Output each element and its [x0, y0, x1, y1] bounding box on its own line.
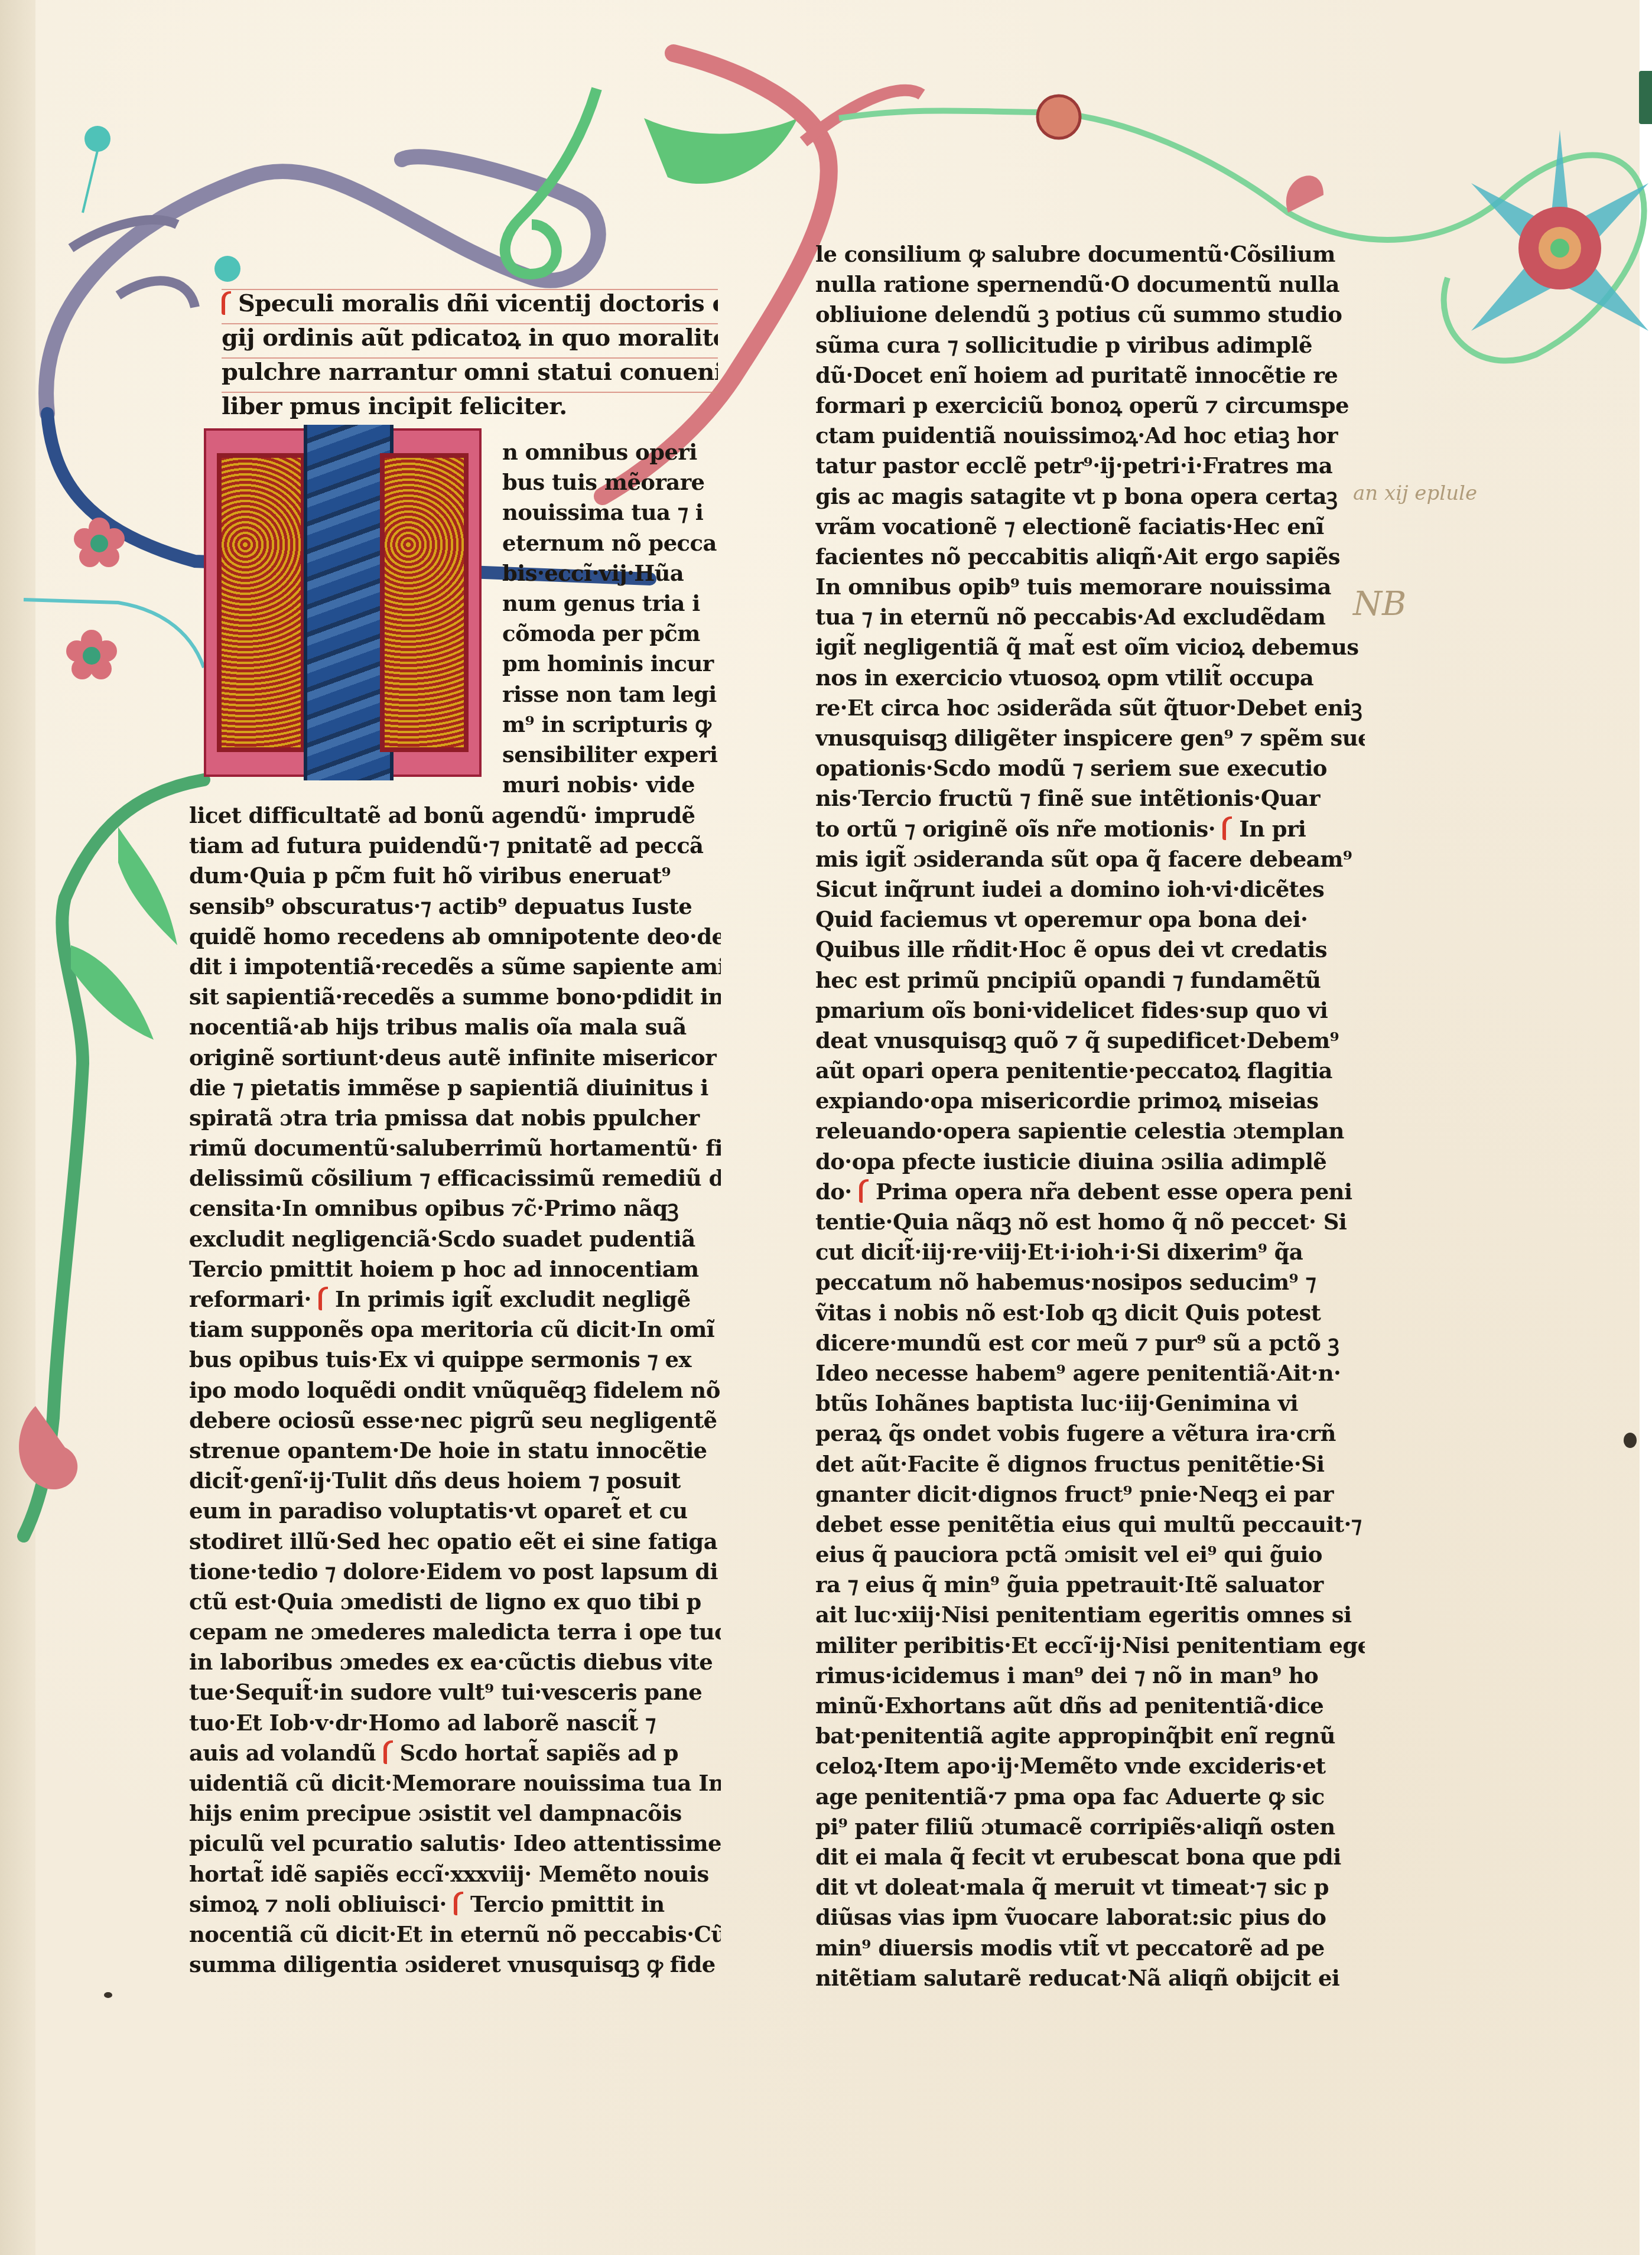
text-line: bis·eccĩ·vij·Hũa: [502, 558, 721, 588]
text-line: cepam ne ɔmederes maledicta terra i ope …: [189, 1617, 721, 1647]
text-line: ctam puidentiã nouissimoꝝ·Ad hoc etiaꝫ h…: [815, 421, 1365, 451]
text-line: re·Et circa hoc ɔsiderãda sũt q̃tuor·Deb…: [815, 693, 1365, 723]
text-line: Tercio pmittit hoiem p hoc ad innocentia…: [189, 1254, 721, 1284]
text-line: dicit̃·genĩ·ij·Tulit dñs deus hoiem ⁊ po…: [189, 1466, 721, 1496]
column-left: licet difficultatẽ ad bonũ agendũ· impru…: [189, 801, 721, 1980]
text-line: In omnibus opib⁹ tuis memorare nouissima: [815, 572, 1365, 602]
text-line: peccatum nõ habemus·nosipos seducim⁹ ⁊: [815, 1267, 1365, 1297]
text-line: gis ac magis satagite vt p bona opera ce…: [815, 481, 1365, 512]
pilcrow-icon: [859, 1179, 869, 1203]
text-line: dit i impotentiã·recedẽs a sũme sapiente…: [189, 952, 721, 982]
text-line: sensibiliter experi: [502, 740, 721, 770]
text-line: bus tuis mẽorare: [502, 467, 721, 497]
text-line: bus opibus tuis·Ex vi quippe sermonis ⁊ …: [189, 1345, 721, 1375]
text-line: le consilium ꝙ salubre documentũ·Cõsiliu…: [815, 239, 1365, 269]
ink-blot: [1624, 1433, 1637, 1448]
text-line: ra ⁊ eius q̃ min⁹ g̃uia ppetrauit·Itẽ sa…: [815, 1570, 1365, 1600]
text-line: pm hominis incur: [502, 649, 721, 679]
text-line: ipo modo loquẽdi ondit vnũquẽqꝫ fidelem …: [189, 1375, 721, 1405]
text-line: facientes nõ peccabitis aliqñ·Ait ergo s…: [815, 542, 1365, 572]
text-line: tentie·Quia nãqꝫ nõ est homo q̃ nõ pecce…: [815, 1207, 1365, 1237]
text-line: strenue opantem·De hoie in statu innocẽt…: [189, 1436, 721, 1466]
gold-filigree-panel: [217, 453, 305, 752]
text-line: btũs Iohãnes baptista luc·iij·Genimina v…: [815, 1388, 1365, 1418]
text-line: expiando·opa misericordie primoꝝ miseias: [815, 1086, 1365, 1116]
pilcrow-icon: [1222, 816, 1232, 840]
text-line: pmarium oĩs boni·videlicet fides·sup quo…: [815, 995, 1365, 1026]
pilcrow-icon: [318, 1287, 328, 1310]
text-line: obliuione delendũ ꝫ potius cũ summo stud…: [815, 300, 1365, 330]
text-line: militer peribitis·Et eccĩ·ij·Nisi penite…: [815, 1631, 1365, 1661]
text-line: opationis·Scdo modũ ⁊ seriem sue executi…: [815, 753, 1365, 783]
text-line: n omnibus operi: [502, 437, 721, 467]
incipit-heading: Speculi moralis dñi vicentij doctoris eg…: [222, 287, 718, 424]
text-line: spiratã ɔtra tria pmissa dat nobis ppulc…: [189, 1103, 721, 1133]
column-right: le consilium ꝙ salubre documentũ·Cõsiliu…: [815, 239, 1365, 1993]
text-line: Quibus ille rñdit·Hoc ẽ opus dei vt cred…: [815, 935, 1365, 965]
text-line: rimus·icidemus i man⁹ dei ⁊ nõ in man⁹ h…: [815, 1661, 1365, 1691]
text-line: ait luc·xiij·Nisi penitentiam egeritis o…: [815, 1600, 1365, 1630]
text-line: cõmoda per pc̃m: [502, 619, 721, 649]
text-line: aũt opari opera penitentie·peccatoꝝ flag…: [815, 1056, 1365, 1086]
text-line: dũ·Docet enĩ hoiem ad puritatẽ innocẽtie…: [815, 360, 1365, 391]
text-line: nulla ratione spernendũ·O documentũ null…: [815, 269, 1365, 300]
ink-mark: [104, 1992, 112, 1998]
text-line: simoꝝ ⁊ noli obliuisci· Tercio pmittit i…: [189, 1889, 721, 1919]
text-line: rimũ documentũ·saluberrimũ hortamentũ· f…: [189, 1133, 721, 1163]
text-line: do· Prima opera nr̃a debent esse opera p…: [815, 1177, 1365, 1207]
text-line: piculũ vel pcuratio salutis· Ideo attent…: [189, 1828, 721, 1859]
text-line: deat vnusquisqꝫ quõ ⁊ q̃ supedificet·Deb…: [815, 1026, 1365, 1056]
illuminated-initial: [204, 428, 482, 777]
text-line: eternum nõ pecca: [502, 528, 721, 558]
text-line: minũ·Exhortans aũt dñs ad penitentiã·dic…: [815, 1691, 1365, 1721]
text-line: ṽitas i nobis nõ est·Iob qꝫ dicit Quis p…: [815, 1298, 1365, 1328]
text-line: hec est primũ pncipiũ opandi ⁊ fundamẽtũ: [815, 965, 1365, 995]
text-line: tatur pastor ecclẽ petr⁹·ij·petri·i·Frat…: [815, 451, 1365, 481]
text-line: nocentiã cũ dicit·Et in eternũ nõ peccab…: [189, 1919, 721, 1950]
text-line: sensib⁹ obscuratus·⁊ actib⁹ depuatus Ius…: [189, 891, 721, 922]
text-line: releuando·opera sapientie celestia ɔtemp…: [815, 1116, 1365, 1146]
text-line: m⁹ in scripturis ꝙ: [502, 710, 721, 740]
text-line: do·opa pfecte iusticie diuina ɔsilia adi…: [815, 1147, 1365, 1177]
text-line: eum in paradiso voluptatis·vt oparet̃ et…: [189, 1496, 721, 1526]
binding-gutter: [0, 0, 35, 2255]
text-line: pi⁹ pater filiũ ɔtumacẽ corripiẽs·aliqñ …: [815, 1812, 1365, 1842]
text-line: in laboribus ɔmedes ex ea·cũctis diebus …: [189, 1647, 721, 1677]
text-line: dum·Quia p pc̃m fuit hõ viribus eneruat⁹: [189, 861, 721, 891]
text-line: delissimũ cõsilium ⁊ efficacissimũ remed…: [189, 1163, 721, 1193]
text-line: hijs enim precipue ɔsistit vel dampnacõi…: [189, 1798, 721, 1828]
gold-filigree-panel: [380, 453, 469, 752]
text-line: summa diligentia ɔsideret vnusquisqꝫ ꝙ f…: [189, 1950, 721, 1980]
text-line: stodiret illũ·Sed hec opatio eẽt ei sine…: [189, 1527, 721, 1557]
text-line: Quid faciemus vt operemur opa bona dei·: [815, 904, 1365, 935]
text-line: to ortũ ⁊ originẽ oĩs nr̃e motionis· In …: [815, 814, 1365, 844]
text-line: diũsas vias ipm ṽuocare laborat:sic pius…: [815, 1902, 1365, 1932]
text-line: vnusquisqꝫ diligẽter inspicere gen⁹ ⁊ sp…: [815, 723, 1365, 753]
text-line: nis·Tercio fructũ ⁊ finẽ sue intẽtionis·…: [815, 783, 1365, 814]
text-line: muri nobis· vide: [502, 770, 721, 800]
text-line: sũma cura ⁊ sollicitudie p viribus adimp…: [815, 330, 1365, 360]
text-line: tuo·Et Iob·v·dr·Homo ad laborẽ nascit̃ ⁊: [189, 1708, 721, 1738]
text-line: det aũt·Facite ẽ dignos fructus penitẽti…: [815, 1449, 1365, 1479]
text-line: sit sapientiã·recedẽs a summe bono·pdidi…: [189, 982, 721, 1012]
text-line: min⁹ diuersis modis vtit̃ vt peccatorẽ a…: [815, 1933, 1365, 1963]
text-line: nos in exercicio vtuosoꝝ opm vtilit̃ occ…: [815, 663, 1365, 693]
text-line: nocentiã·ab hijs tribus malis oĩa mala s…: [189, 1012, 721, 1042]
text-line: vrãm vocationẽ ⁊ electionẽ faciatis·Hec …: [815, 512, 1365, 542]
text-line: eius q̃ pauciora pctã ɔmisit vel ei⁹ qui…: [815, 1540, 1365, 1570]
text-line: Sicut inq̃runt iudei a domino ioh·vi·dic…: [815, 874, 1365, 904]
text-line: hortat̃ idẽ sapiẽs eccĩ·xxxviij· Memẽto …: [189, 1859, 721, 1889]
text-line: nouissima tua ⁊ i: [502, 497, 721, 528]
text-line: cut dicit̃·iij·re·viij·Et·i·ioh·i·Si dix…: [815, 1237, 1365, 1267]
bookmark-tab: [1639, 71, 1652, 124]
pilcrow-icon: [383, 1740, 393, 1764]
text-line: reformari· In primis igit̃ excludit negl…: [189, 1284, 721, 1314]
margin-note-nota-bene: NB: [1353, 585, 1406, 623]
incipit-line: Speculi moralis dñi vicentij doctoris eg…: [222, 287, 718, 321]
text-line: tua ⁊ in eternũ nõ peccabis·Ad excludẽda…: [815, 602, 1365, 632]
incipit-line: gij ordinis aũt pdicatoꝝ in quo moralite…: [222, 321, 718, 355]
text-line: mis igit̃ ɔsideranda sũt opa q̃ facere d…: [815, 844, 1365, 874]
text-line: licet difficultatẽ ad bonũ agendũ· impru…: [189, 801, 721, 831]
text-line: dit vt doleat·mala q̃ meruit vt timeat·⁊…: [815, 1872, 1365, 1902]
text-line: ctũ est·Quia ɔmedisti de ligno ex quo ti…: [189, 1587, 721, 1617]
text-line: tue·Sequit̃·in sudore vult⁹ tui·vesceris…: [189, 1677, 721, 1707]
text-line: tiam ad futura puidendũ·⁊ pnitatẽ ad pec…: [189, 831, 721, 861]
text-line: excludit negligenciã·Scdo suadet pudenti…: [189, 1224, 721, 1254]
pilcrow-icon: [222, 291, 231, 315]
text-line: risse non tam legi: [502, 679, 721, 710]
text-line: uidentiã cũ dicit·Memorare nouissima tua…: [189, 1768, 721, 1798]
text-line: quidẽ homo recedens ab omnipotente deo·d…: [189, 922, 721, 952]
incipit-line: pulchre narrantur omni statui conuenient…: [222, 355, 718, 389]
incipit-line: liber pmus incipit feliciter.: [222, 389, 718, 424]
text-line: peraꝝ q̃s ondet vobis fugere a vẽtura ir…: [815, 1418, 1365, 1449]
text-line: igit̃ negligentiã q̃ mat̃ est oĩm vicioꝝ…: [815, 632, 1365, 662]
text-line: auis ad volandũ Scdo hortat̃ sapiẽs ad p: [189, 1738, 721, 1768]
text-line: formari p exerciciũ bonoꝝ operũ ⁊ circum…: [815, 391, 1365, 421]
text-line: gnanter dicit·dignos fruct⁹ pnie·Neqꝫ ei…: [815, 1479, 1365, 1509]
text-line: Ideo necesse habem⁹ agere penitentiã·Ait…: [815, 1358, 1365, 1388]
text-line: originẽ sortiunt·deus autẽ infinite mise…: [189, 1043, 721, 1073]
column-left-beside-initial: n omnibus operi bus tuis mẽorare nouissi…: [502, 437, 721, 800]
text-line: dicere·mundũ est cor meũ ⁊ pur⁹ sũ a pct…: [815, 1328, 1365, 1358]
text-line: debere ociosũ esse·nec pigrũ seu neglige…: [189, 1405, 721, 1436]
text-line: die ⁊ pietatis immẽse p sapientiã diuini…: [189, 1073, 721, 1103]
text-line: num genus tria i: [502, 588, 721, 619]
pilcrow-icon: [454, 1892, 463, 1915]
text-line: age penitentiã·⁊ pma opa fac Aduerte ꝙ s…: [815, 1782, 1365, 1812]
text-line: dit ei mala q̃ fecit vt erubescat bona q…: [815, 1842, 1365, 1872]
text-line: bat·penitentiã agite appropinq̃bit enĩ r…: [815, 1721, 1365, 1751]
text-line: censita·In omnibus opibus ⁊c̃·Primo nãqꝫ: [189, 1193, 721, 1224]
margin-note-top: an xij eplule: [1353, 481, 1477, 505]
text-line: celoꝝ·Item apo·ij·Memẽto vnde excideris·…: [815, 1751, 1365, 1781]
text-line: tione·tedio ⁊ dolore·Eidem vo post lapsu…: [189, 1557, 721, 1587]
text-line: nitẽtiam salutarẽ reducat·Nã aliqñ obijc…: [815, 1963, 1365, 1993]
text-line: debet esse penitẽtia eius qui multũ pecc…: [815, 1509, 1365, 1540]
text-line: tiam supponẽs opa meritoria cũ dicit·In …: [189, 1314, 721, 1345]
